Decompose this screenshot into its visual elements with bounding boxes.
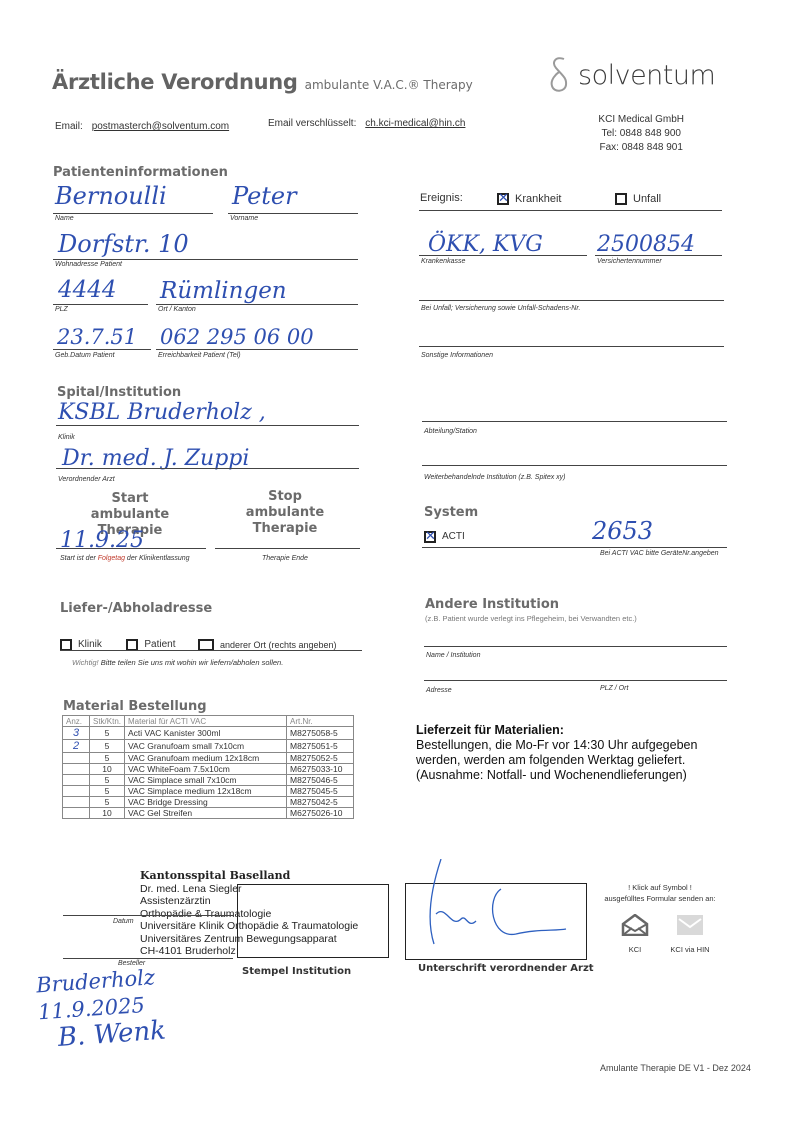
- material-row: 5VAC Granufoam medium 12x18cmM8275052-5: [63, 753, 354, 764]
- department-label: Abteilung/Station: [424, 428, 477, 435]
- material-pack-cell: 5: [90, 727, 125, 740]
- encrypted-email-label: Email verschlüsselt:: [268, 118, 356, 129]
- datum-label: Datum: [113, 918, 134, 925]
- institution-heading: Spital/Institution: [57, 385, 181, 400]
- material-artno-cell: M8275058-5: [287, 727, 354, 740]
- patient-ort-value[interactable]: Rümlingen: [160, 278, 287, 304]
- company-info: KCI Medical GmbH Tel: 0848 848 900 Fax: …: [598, 113, 684, 155]
- send-kci-button[interactable]: KCI: [620, 914, 650, 954]
- material-row: 35Acti VAC Kanister 300mlM8275058-5: [63, 727, 354, 740]
- stamp-label: Stempel Institution: [242, 966, 351, 977]
- material-table: Anz. Stk/Ktn. Material für ACTI VAC Art.…: [62, 715, 354, 819]
- plz-label: PLZ: [55, 306, 68, 313]
- other-info-label: Sonstige Informationen: [421, 352, 493, 359]
- dob-label: Geb.Datum Patient: [55, 352, 115, 359]
- send-hint: ! Klick auf Symbol ! ausgefülltes Formul…: [585, 882, 735, 904]
- material-pack-cell: 5: [90, 775, 125, 786]
- material-name-cell: VAC Gel Streifen: [125, 808, 287, 819]
- clinic-label: Klinik: [58, 434, 75, 441]
- delivery-klinik-checkbox[interactable]: [60, 639, 72, 651]
- insured-no-label: Versichertennummer: [597, 258, 662, 265]
- delivery-time-heading: Lieferzeit für Materialien:: [416, 723, 697, 738]
- patient-address-value[interactable]: Dorfstr. 10: [58, 230, 189, 258]
- material-pack-cell: 10: [90, 808, 125, 819]
- material-header-row: Anz. Stk/Ktn. Material für ACTI VAC Art.…: [63, 716, 354, 727]
- form-title: Ärztliche Verordnung ambulante V.A.C.® T…: [52, 70, 473, 94]
- material-name-cell: VAC Granufoam medium 12x18cm: [125, 753, 287, 764]
- patient-heading: Patienteninformationen: [53, 165, 228, 180]
- device-no-label: Bei ACTI VAC bitte GeräteNr.angeben: [600, 550, 719, 557]
- institution-stamp: Kantonsspital Baselland Dr. med. Lena Si…: [140, 870, 358, 958]
- device-no-value[interactable]: 2653: [592, 517, 653, 545]
- company-fax: Fax: 0848 848 901: [598, 141, 684, 155]
- delivery-time-info: Lieferzeit für Materialien: Bestellungen…: [416, 723, 697, 783]
- material-name-cell: VAC Bridge Dressing: [125, 797, 287, 808]
- material-artno-cell: M8275052-5: [287, 753, 354, 764]
- patient-dob-value[interactable]: 23.7.51: [57, 325, 137, 349]
- name-label: Name: [55, 215, 74, 222]
- insured-no-value[interactable]: 2500854: [597, 232, 695, 257]
- other-address-label: Adresse: [426, 687, 452, 694]
- form-version: Amulante Therapie DE V1 - Dez 2024: [600, 1063, 751, 1073]
- send-hin-button[interactable]: KCI via HIN: [670, 914, 710, 954]
- encrypted-email-link[interactable]: ch.kci-medical@hin.ch: [365, 118, 465, 129]
- other-institution-hint: (z.B. Patient wurde verlegt ins Pflegehe…: [425, 614, 637, 623]
- email-row: Email: postmasterch@solventum.com: [55, 116, 229, 134]
- solventum-s-icon: [548, 56, 570, 94]
- material-pack-cell: 5: [90, 797, 125, 808]
- material-pack-cell: 10: [90, 764, 125, 775]
- material-name-cell: VAC WhiteFoam 7.5x10cm: [125, 764, 287, 775]
- patient-vorname-value[interactable]: Peter: [232, 182, 297, 210]
- material-qty-cell[interactable]: [63, 786, 90, 797]
- doctor-signature: [406, 859, 586, 949]
- event-label: Ereignis:: [420, 192, 463, 204]
- email-label: Email:: [55, 121, 83, 132]
- delivery-other-checkbox[interactable]: [198, 639, 214, 651]
- start-date-value[interactable]: 11.9.25: [60, 528, 144, 553]
- company-name: KCI Medical GmbH: [598, 113, 684, 127]
- other-plz-label: PLZ / Ort: [600, 685, 628, 692]
- krankheit-checkbox[interactable]: [497, 193, 509, 205]
- material-heading: Material Bestellung: [63, 699, 207, 714]
- doctor-label: Verordnender Arzt: [58, 476, 115, 483]
- envelope-open-icon: [621, 914, 649, 936]
- title-subtitle: ambulante V.A.C.® Therapy: [305, 78, 473, 92]
- unfall-label: Unfall: [633, 193, 661, 205]
- encrypted-email-row: Email verschlüsselt: ch.kci-medical@hin.…: [268, 113, 465, 131]
- therapy-end-label: Therapie Ende: [262, 555, 308, 562]
- tel-label: Erreichbarkeit Patient (Tel): [158, 352, 241, 359]
- acti-checkbox[interactable]: [424, 531, 436, 543]
- material-pack-cell: 5: [90, 753, 125, 764]
- material-row: 5VAC Simplace small 7x10cmM8275046-5: [63, 775, 354, 786]
- unfall-checkbox[interactable]: [615, 193, 627, 205]
- material-row: 5VAC Simplace medium 12x18cmM8275045-5: [63, 786, 354, 797]
- material-artno-cell: M8275046-5: [287, 775, 354, 786]
- material-qty-cell[interactable]: 2: [63, 740, 90, 753]
- logo-wordmark: solventum: [578, 60, 715, 91]
- address-label: Wohnadresse Patient: [55, 261, 122, 268]
- signature-box[interactable]: [405, 883, 587, 960]
- delivery-options: Klinik Patient anderer Ort (rechts angeb…: [60, 636, 337, 654]
- material-artno-cell: M8275042-5: [287, 797, 354, 808]
- insurer-value[interactable]: ÖKK, KVG: [428, 232, 543, 257]
- handwritten-besteller: Bruderholz 11.9.2025 B. Wenk: [35, 964, 166, 1054]
- signature-label: Unterschrift verordnender Arzt: [418, 963, 594, 974]
- material-name-cell: Acti VAC Kanister 300ml: [125, 727, 287, 740]
- material-artno-cell: M6275033-10: [287, 764, 354, 775]
- accident-label: Bei Unfall; Versicherung sowie Unfall-Sc…: [421, 305, 580, 312]
- patient-name-value[interactable]: Bernoulli: [55, 182, 167, 210]
- material-qty-cell[interactable]: [63, 797, 90, 808]
- system-option-acti[interactable]: ACTI: [424, 528, 465, 546]
- material-artno-cell: M8275045-5: [287, 786, 354, 797]
- material-qty-cell[interactable]: [63, 808, 90, 819]
- material-artno-cell: M8275051-5: [287, 740, 354, 753]
- other-institution-heading: Andere Institution: [425, 597, 559, 612]
- material-qty-cell[interactable]: [63, 764, 90, 775]
- hin-mail-icon: [676, 914, 704, 936]
- event-option-krankheit[interactable]: Krankheit: [497, 190, 561, 208]
- patient-tel-value[interactable]: 062 295 06 00: [160, 325, 314, 349]
- material-row: 25VAC Granufoam small 7x10cmM8275051-5: [63, 740, 354, 753]
- material-name-cell: VAC Simplace small 7x10cm: [125, 775, 287, 786]
- material-pack-cell: 5: [90, 786, 125, 797]
- acti-label: ACTI: [442, 531, 465, 542]
- material-row: 5VAC Bridge DressingM8275042-5: [63, 797, 354, 808]
- material-name-cell: VAC Simplace medium 12x18cm: [125, 786, 287, 797]
- material-qty-cell[interactable]: [63, 753, 90, 764]
- title-text: Ärztliche Verordnung: [52, 70, 298, 94]
- material-name-cell: VAC Granufoam small 7x10cm: [125, 740, 287, 753]
- followup-label: Weiterbehandelnde Institution (z.B. Spit…: [424, 474, 566, 481]
- ort-label: Ort / Kanton: [158, 306, 196, 313]
- material-pack-cell: 5: [90, 740, 125, 753]
- material-qty-cell[interactable]: [63, 775, 90, 786]
- clinic-value[interactable]: KSBL Bruderholz ,: [58, 400, 266, 425]
- start-note: Start ist der Folgetag der Klinikentlass…: [60, 555, 190, 562]
- delivery-heading: Liefer-/Abholadresse: [60, 601, 212, 616]
- vorname-label: Vorname: [230, 215, 258, 222]
- stop-heading: Stop ambulante Therapie: [215, 489, 355, 537]
- krankheit-label: Krankheit: [515, 193, 561, 205]
- insurer-label: Krankenkasse: [421, 258, 465, 265]
- email-link[interactable]: postmasterch@solventum.com: [92, 121, 229, 132]
- material-qty-cell[interactable]: 3: [63, 727, 90, 740]
- system-heading: System: [424, 505, 478, 520]
- material-row: 10VAC WhiteFoam 7.5x10cmM6275033-10: [63, 764, 354, 775]
- delivery-note: Wichtig! Bitte teilen Sie uns mit wohin …: [72, 658, 283, 667]
- material-artno-cell: M6275026-10: [287, 808, 354, 819]
- delivery-patient-checkbox[interactable]: [126, 639, 138, 651]
- event-option-unfall[interactable]: Unfall: [615, 190, 661, 208]
- solventum-logo: solventum: [548, 56, 715, 94]
- material-row: 10VAC Gel StreifenM6275026-10: [63, 808, 354, 819]
- patient-plz-value[interactable]: 4444: [58, 277, 117, 303]
- company-tel: Tel: 0848 848 900: [598, 127, 684, 141]
- other-name-label: Name / Institution: [426, 652, 480, 659]
